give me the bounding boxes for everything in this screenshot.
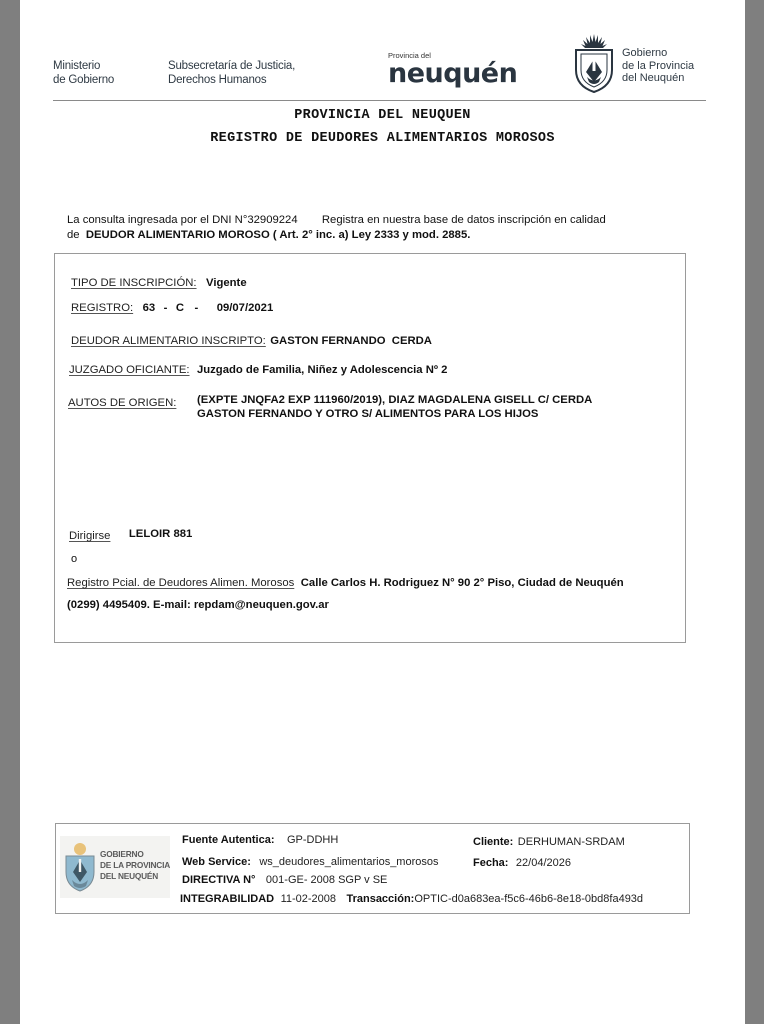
tipo-inscripcion-label: TIPO DE INSCRIPCIÓN: [71, 277, 197, 289]
ministerio-line-1: Ministerio [53, 60, 114, 74]
web-service-label: Web Service: [182, 856, 251, 868]
directiva-value: 001-GE- 2008 SGP v SE [266, 874, 387, 886]
intro-middle: Registra en nuestra base de datos inscri… [322, 214, 606, 226]
dirigirse-label: Dirigirse [69, 530, 110, 542]
ministerio-heading: Ministerio de Gobierno [53, 60, 114, 87]
fecha-value: 22/04/2026 [516, 857, 571, 869]
gobierno-provincia-label: Gobierno de la Provincia del Neuquén [622, 47, 694, 85]
subsecretaria-line-1: Subsecretaría de Justicia, [168, 60, 295, 74]
integrabilidad-label: INTEGRABILIDAD [180, 893, 274, 905]
web-service-value: ws_deudores_alimentarios_morosos [259, 856, 438, 868]
footer-coat-of-arms-icon [64, 842, 96, 892]
juzgado-value: Juzgado de Familia, Niñez y Adolescencia… [197, 364, 447, 376]
intro-de: de [67, 229, 80, 241]
title-registro: REGISTRO DE DEUDORES ALIMENTARIOS MOROSO… [20, 131, 745, 146]
gobierno-line-2: de la Provincia [622, 60, 694, 73]
directiva-label: DIRECTIVA N° [182, 874, 255, 886]
neuquen-wordmark: neuquén [388, 60, 517, 88]
intro-line-1: La consulta ingresada por el DNI N°32909… [67, 213, 606, 228]
record-box: TIPO DE INSCRIPCIÓN: Vigente REGISTRO: 6… [54, 253, 686, 643]
tipo-inscripcion-row: TIPO DE INSCRIPCIÓN: Vigente [71, 273, 247, 291]
cliente-label: Cliente: [473, 836, 513, 848]
registro-pcial-label: Registro Pcial. de Deudores Alimen. Moro… [67, 577, 294, 589]
fecha-row: Fecha: 22/04/2026 [473, 853, 571, 871]
deudor-name: GASTON FERNANDO CERDA [270, 335, 432, 347]
footer-logo-text: GOBIERNO DE LA PROVINCIA DEL NEUQUÉN [100, 849, 170, 882]
registro-pcial-address: Calle Carlos H. Rodriguez N° 90 2° Piso,… [301, 577, 624, 589]
coat-of-arms-icon [572, 32, 616, 94]
footer-logo: GOBIERNO DE LA PROVINCIA DEL NEUQUÉN [60, 836, 170, 898]
fuente-row: Fuente Autentica: GP-DDHH [182, 830, 338, 848]
integrabilidad-row: INTEGRABILIDAD 11-02-2008 Transacción:OP… [180, 889, 643, 907]
directiva-row: DIRECTIVA N° 001-GE- 2008 SGP v SE [182, 870, 387, 888]
cliente-row: Cliente: DERHUMAN-SRDAM [473, 832, 625, 850]
autos-value: (EXPTE JNQFA2 EXP 111960/2019), DIAZ MAG… [197, 393, 592, 421]
registro-separator-2: - [194, 302, 198, 314]
contact-info: (0299) 4495409. E-mail: repdam@neuquen.g… [67, 599, 329, 611]
fuente-value: GP-DDHH [287, 834, 338, 846]
dirigirse-row: Dirigirse LELOIR 881 [69, 526, 192, 544]
deudor-row: DEUDOR ALIMENTARIO INSCRIPTO: GASTON FER… [71, 331, 432, 349]
juzgado-row: JUZGADO OFICIANTE: Juzgado de Familia, N… [69, 360, 447, 378]
footer-logo-line-2: DE LA PROVINCIA [100, 860, 170, 871]
subsecretaria-line-2: Derechos Humanos [168, 74, 295, 88]
transaccion-label: Transacción: [346, 893, 414, 905]
juzgado-label: JUZGADO OFICIANTE: [69, 364, 190, 376]
dirigirse-value: LELOIR 881 [129, 528, 192, 540]
fecha-label: Fecha: [473, 857, 508, 869]
intro-paragraph: La consulta ingresada por el DNI N°32909… [67, 213, 606, 243]
registro-number: 63 [143, 302, 156, 314]
provincia-neuquen-logo: Provincia del neuquén [388, 51, 517, 88]
subsecretaria-heading: Subsecretaría de Justicia, Derechos Huma… [168, 60, 295, 87]
intro-line-2: de DEUDOR ALIMENTARIO MOROSO ( Art. 2° i… [67, 228, 606, 243]
registro-separator: - [164, 302, 168, 314]
registro-date: 09/07/2021 [217, 302, 274, 314]
autos-label: AUTOS DE ORIGEN: [68, 397, 176, 409]
gobierno-line-1: Gobierno [622, 47, 694, 60]
registro-label: REGISTRO: [71, 302, 133, 314]
deudor-label: DEUDOR ALIMENTARIO INSCRIPTO: [71, 335, 266, 347]
tipo-inscripcion-value: Vigente [206, 277, 247, 289]
intro-prefix: La consulta ingresada por el DNI N° [67, 214, 247, 226]
web-service-row: Web Service: ws_deudores_alimentarios_mo… [182, 852, 439, 870]
transaccion-value: OPTIC-d0a683ea-f5c6-46b6-8e18-0bd8fa493d [414, 893, 643, 905]
autos-label-wrap: AUTOS DE ORIGEN: [68, 393, 176, 411]
registro-row: REGISTRO: 63 - C - 09/07/2021 [71, 298, 273, 316]
dni-value: 32909224 [247, 214, 297, 226]
header-divider [53, 100, 706, 101]
title-provincia: PROVINCIA DEL NEUQUEN [20, 108, 745, 123]
registro-pcial-row: Registro Pcial. de Deudores Alimen. Moro… [67, 573, 624, 591]
footer-logo-line-3: DEL NEUQUÉN [100, 871, 170, 882]
footer-logo-line-1: GOBIERNO [100, 849, 170, 860]
fuente-label: Fuente Autentica: [182, 834, 275, 846]
or-text: o [71, 553, 77, 565]
autos-value-line-2: GASTON FERNANDO Y OTRO S/ ALIMENTOS PARA… [197, 407, 592, 421]
cliente-value: DERHUMAN-SRDAM [518, 836, 625, 848]
ministerio-line-2: de Gobierno [53, 74, 114, 88]
document-page: Ministerio de Gobierno Subsecretaría de … [20, 0, 745, 1024]
gobierno-line-3: del Neuquén [622, 72, 694, 85]
authenticity-box: GOBIERNO DE LA PROVINCIA DEL NEUQUÉN Fue… [55, 823, 690, 914]
deudor-status: DEUDOR ALIMENTARIO MOROSO ( Art. 2° inc.… [86, 229, 471, 241]
integrabilidad-value: 11-02-2008 [281, 893, 336, 905]
autos-value-line-1: (EXPTE JNQFA2 EXP 111960/2019), DIAZ MAG… [197, 393, 592, 407]
registro-letter: C [176, 302, 184, 314]
